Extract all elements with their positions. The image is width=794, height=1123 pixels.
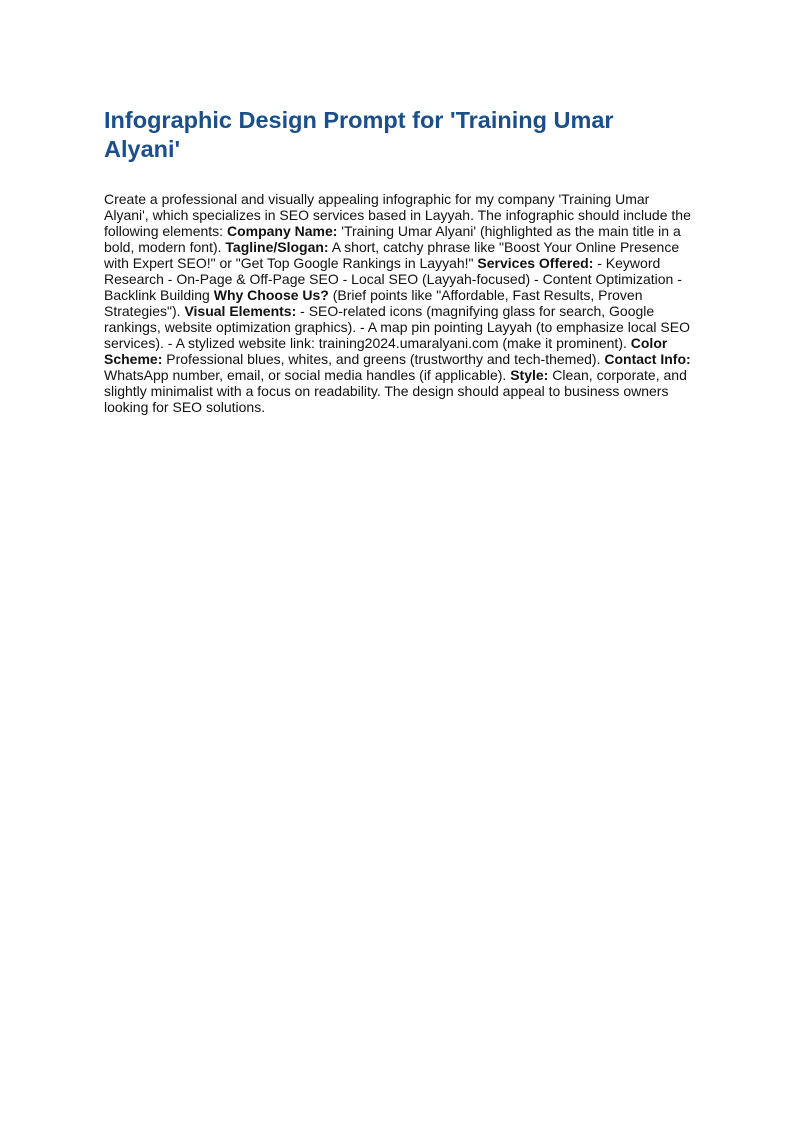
contact-info-text: WhatsApp number, email, or social media …: [104, 367, 510, 383]
company-name-label: Company Name:: [227, 223, 337, 239]
why-choose-us-label: Why Choose Us?: [214, 287, 329, 303]
services-label: Services Offered:: [477, 255, 593, 271]
color-scheme-text: Professional blues, whites, and greens (…: [162, 351, 604, 367]
prompt-paragraph: Create a professional and visually appea…: [104, 191, 694, 415]
style-label: Style:: [510, 367, 548, 383]
document-title: Infographic Design Prompt for 'Training …: [104, 106, 694, 164]
document-page: Infographic Design Prompt for 'Training …: [104, 106, 694, 415]
tagline-label: Tagline/Slogan:: [225, 239, 328, 255]
visual-elements-label: Visual Elements:: [184, 303, 296, 319]
contact-info-label: Contact Info:: [604, 351, 690, 367]
